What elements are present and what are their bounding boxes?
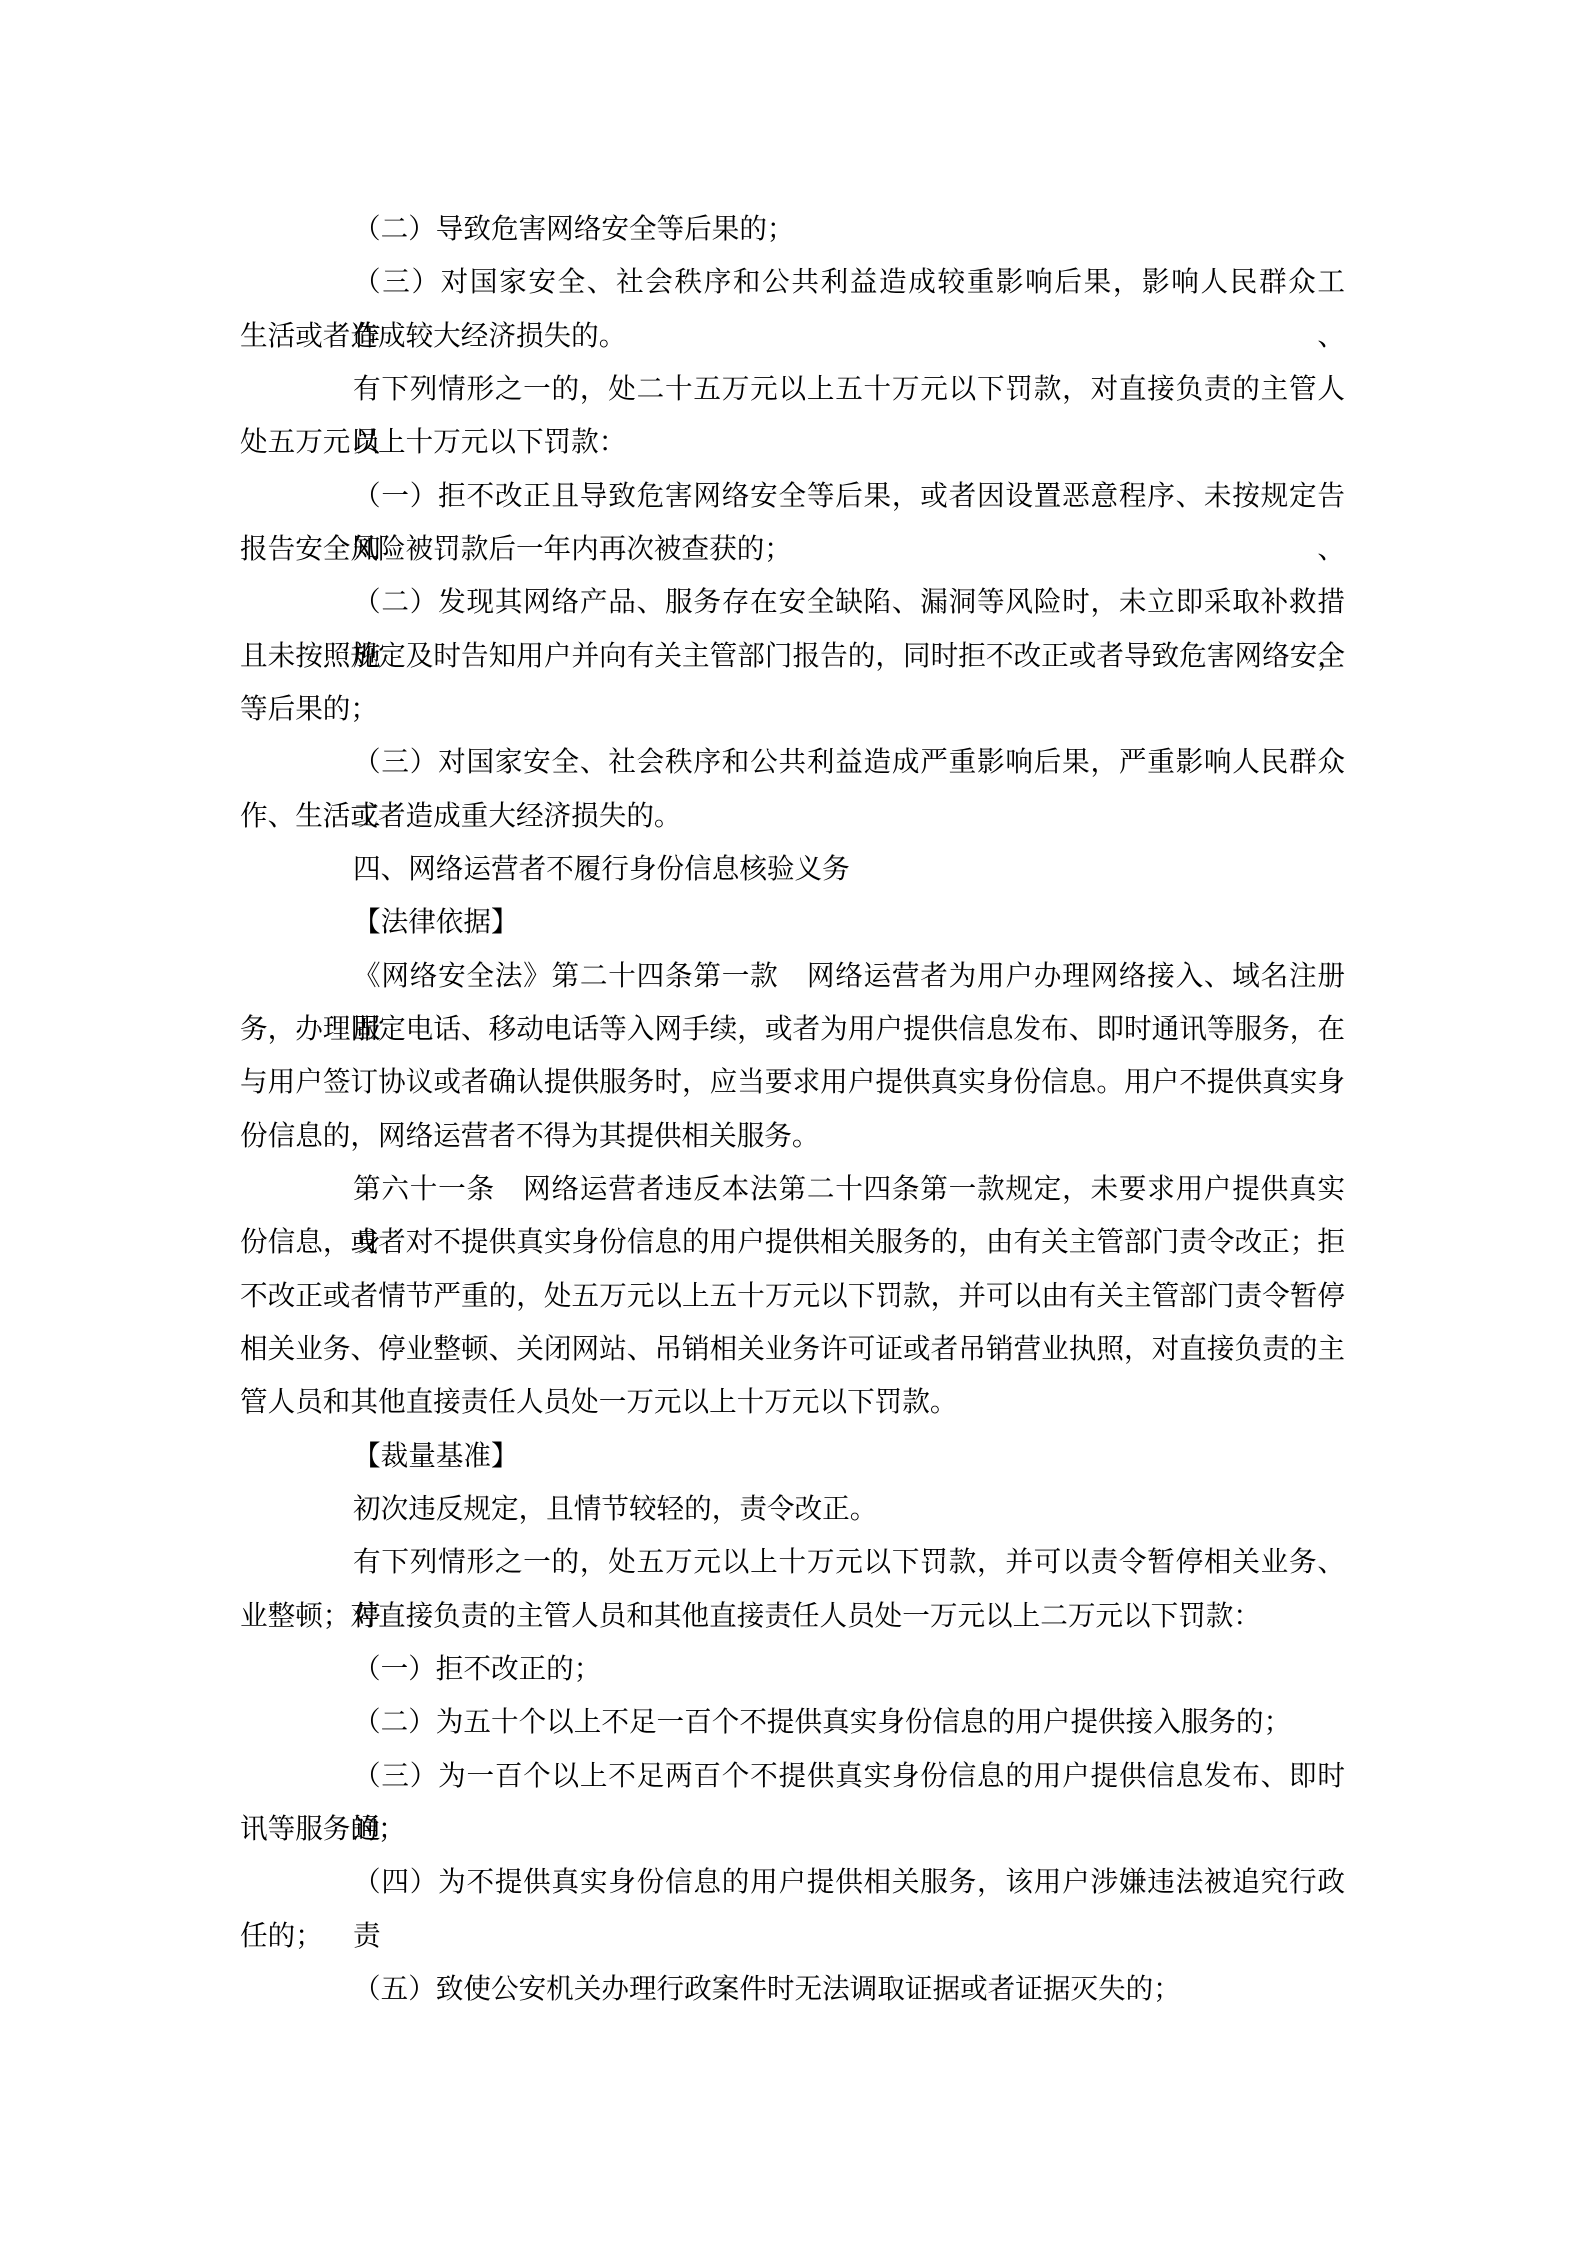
document-line: 任的；: [240, 1909, 1345, 1962]
document-line: 有下列情形之一的，处五万元以上十万元以下罚款，并可以责令暂停相关业务、停: [240, 1535, 1345, 1588]
document-line: 等后果的；: [240, 682, 1345, 735]
document-line: （二）发现其网络产品、服务存在安全缺陷、漏洞等风险时，未立即采取补救措施，: [240, 575, 1345, 628]
document-line: 处五万元以上十万元以下罚款：: [240, 415, 1345, 468]
document-line: 不改正或者情节严重的，处五万元以上五十万元以下罚款，并可以由有关主管部门责令暂停: [240, 1269, 1345, 1322]
document-line: 讯等服务的；: [240, 1802, 1345, 1855]
document-line: 相关业务、停业整顿、关闭网站、吊销相关业务许可证或者吊销营业执照，对直接负责的主: [240, 1322, 1345, 1375]
document-line: 第六十一条 网络运营者违反本法第二十四条第一款规定，未要求用户提供真实身: [240, 1162, 1345, 1215]
document-line: 份信息，或者对不提供真实身份信息的用户提供相关服务的，由有关主管部门责令改正；拒: [240, 1215, 1345, 1268]
document-line: 管人员和其他直接责任人员处一万元以上十万元以下罚款。: [240, 1375, 1345, 1428]
document-line: 业整顿；对直接负责的主管人员和其他直接责任人员处一万元以上二万元以下罚款：: [240, 1589, 1345, 1642]
document-page: （二）导致危害网络安全等后果的；（三）对国家安全、社会秩序和公共利益造成较重影响…: [0, 0, 1586, 2244]
document-line: 且未按照规定及时告知用户并向有关主管部门报告的，同时拒不改正或者导致危害网络安全: [240, 629, 1345, 682]
document-line: 【法律依据】: [240, 895, 1345, 948]
document-line: 初次违反规定，且情节较轻的，责令改正。: [240, 1482, 1345, 1535]
document-line: 份信息的，网络运营者不得为其提供相关服务。: [240, 1109, 1345, 1162]
document-line: （三）对国家安全、社会秩序和公共利益造成严重影响后果，严重影响人民群众工: [240, 735, 1345, 788]
document-line: （一）拒不改正的；: [240, 1642, 1345, 1695]
document-line: （五）致使公安机关办理行政案件时无法调取证据或者证据灭失的；: [240, 1962, 1345, 2015]
document-line: 【裁量基准】: [240, 1429, 1345, 1482]
document-text-block: （二）导致危害网络安全等后果的；（三）对国家安全、社会秩序和公共利益造成较重影响…: [240, 202, 1345, 2015]
document-line: （三）对国家安全、社会秩序和公共利益造成较重影响后果，影响人民群众工作、: [240, 255, 1345, 308]
document-line: 作、生活或者造成重大经济损失的。: [240, 789, 1345, 842]
document-line: （二）导致危害网络安全等后果的；: [240, 202, 1345, 255]
document-line: 四、网络运营者不履行身份信息核验义务: [240, 842, 1345, 895]
document-line: 有下列情形之一的，处二十五万元以上五十万元以下罚款，对直接负责的主管人员: [240, 362, 1345, 415]
document-line: 与用户签订协议或者确认提供服务时，应当要求用户提供真实身份信息。用户不提供真实身: [240, 1055, 1345, 1108]
document-line: （三）为一百个以上不足两百个不提供真实身份信息的用户提供信息发布、即时通: [240, 1749, 1345, 1802]
document-line: （四）为不提供真实身份信息的用户提供相关服务，该用户涉嫌违法被追究行政责: [240, 1855, 1345, 1908]
document-line: 《网络安全法》第二十四条第一款 网络运营者为用户办理网络接入、域名注册服: [240, 949, 1345, 1002]
document-line: 务，办理固定电话、移动电话等入网手续，或者为用户提供信息发布、即时通讯等服务，在: [240, 1002, 1345, 1055]
document-line: （二）为五十个以上不足一百个不提供真实身份信息的用户提供接入服务的；: [240, 1695, 1345, 1748]
document-line: （一）拒不改正且导致危害网络安全等后果，或者因设置恶意程序、未按规定告知、: [240, 469, 1345, 522]
